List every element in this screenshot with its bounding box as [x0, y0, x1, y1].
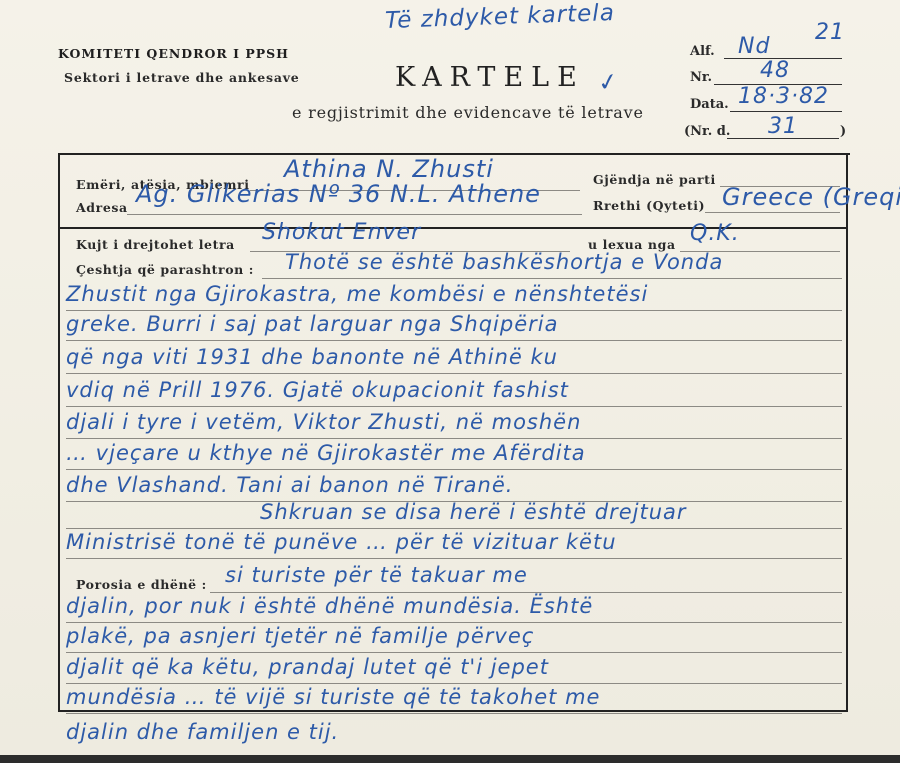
data-label: Data. — [690, 97, 729, 112]
nr-value: 48 — [760, 58, 790, 83]
nr-d-close: ) — [840, 124, 846, 139]
data-line — [730, 111, 842, 112]
ruled-line — [66, 310, 842, 311]
order-line-line: djalin, por nuk i është dhënë mundësia. … — [66, 594, 593, 618]
card-title: KARTELE — [395, 62, 585, 93]
ruled-line — [66, 622, 842, 623]
registration-card: Të zhdyket kartela KOMITETI QENDROR I PP… — [0, 0, 900, 755]
issue-line-line: Zhustit nga Gjirokastra, me kombësi e në… — [66, 282, 648, 306]
ruled-line — [262, 278, 842, 279]
alf-label: Alf. — [690, 44, 715, 59]
ruled-line — [66, 683, 842, 684]
check-mark-icon: ✓ — [596, 66, 622, 97]
form-frame-bottom — [58, 710, 848, 712]
order-line-line: djalit që ka këtu, prandaj lutet që t'i … — [66, 655, 549, 679]
ruled-line — [66, 469, 842, 470]
form-frame-right — [846, 153, 848, 710]
ruled-line — [66, 652, 842, 653]
alf-value: Nd — [738, 34, 770, 59]
ruled-line — [66, 558, 842, 559]
card-subtitle: e regjistrimit dhe evidencave të letrave — [292, 103, 644, 122]
order-line-line: si turiste për të takuar me — [225, 563, 528, 587]
issue-label: Çeshtja që parashtron : — [76, 262, 254, 277]
ruled-line — [66, 713, 842, 714]
name-value: Athina N. Zhusti — [284, 155, 494, 183]
ruled-line — [66, 438, 842, 439]
addressed-to-label: Kujt i drejtohet letra — [76, 237, 235, 252]
issue-line-line: … vjeçare u kthye në Gjirokastër me Afër… — [66, 441, 586, 465]
nr-d-label: (Nr. d. — [684, 124, 730, 139]
address-value: Ag. Glikerias Nº 36 N.L. Athene — [136, 180, 541, 208]
issue-line-line: Thotë se është bashkëshortja e Vonda — [285, 250, 723, 274]
order-line-line: djalin dhe familjen e tij. — [66, 720, 339, 744]
organization-name: KOMITETI QENDROR I PPSH — [58, 46, 289, 61]
district-value: Greece (Greqi) — [722, 183, 900, 211]
ruled-line — [66, 528, 842, 529]
sector-name: Sektori i letrave dhe ankesave — [64, 70, 300, 85]
ruled-line — [66, 373, 842, 374]
district-label: Rrethi (Qyteti) — [593, 198, 705, 213]
ruled-line — [210, 592, 842, 593]
district-rule — [705, 212, 840, 213]
ruled-line — [66, 501, 842, 502]
issue-line-line: Shkruan se disa herë i është drejtuar — [260, 500, 687, 524]
handwritten-top-note: Të zhdyket kartela — [385, 0, 616, 34]
order-line-line: plakë, pa asnjeri tjetër në familje përv… — [66, 624, 534, 648]
address-label: Adresa — [76, 200, 128, 215]
issue-line-line: Ministrisë tonë të punëve … për të vizit… — [66, 530, 617, 554]
issue-line-line: që nga viti 1931 dhe banonte në Athinë k… — [66, 345, 558, 369]
issue-line-line: greke. Burri i saj pat larguar nga Shqip… — [66, 312, 558, 336]
party-status-label: Gjëndja në parti — [593, 172, 716, 187]
order-line-line: mundësia … të vijë si turiste që të tako… — [66, 685, 600, 709]
issue-line-line: vdiq në Prill 1976. Gjatë okupacionit fa… — [66, 378, 569, 402]
nr-label: Nr. — [690, 70, 712, 85]
read-by-value: Q.K. — [690, 221, 740, 246]
issue-line-line: dhe Vlashand. Tani ai banon në Tiranë. — [66, 473, 513, 497]
address-rule — [127, 214, 582, 215]
data-value: 18·3·82 — [738, 84, 829, 109]
order-label: Porosia e dhënë : — [76, 577, 207, 592]
scan-edge — [0, 755, 900, 763]
issue-line-line: djali i tyre i vetëm, Viktor Zhusti, në … — [66, 410, 581, 434]
ruled-line — [66, 340, 842, 341]
nr-d-value: 31 — [768, 114, 798, 139]
ruled-line — [66, 406, 842, 407]
addressed-to-value: Shokut Enver — [262, 220, 421, 245]
alf-extra: 21 — [815, 20, 845, 45]
